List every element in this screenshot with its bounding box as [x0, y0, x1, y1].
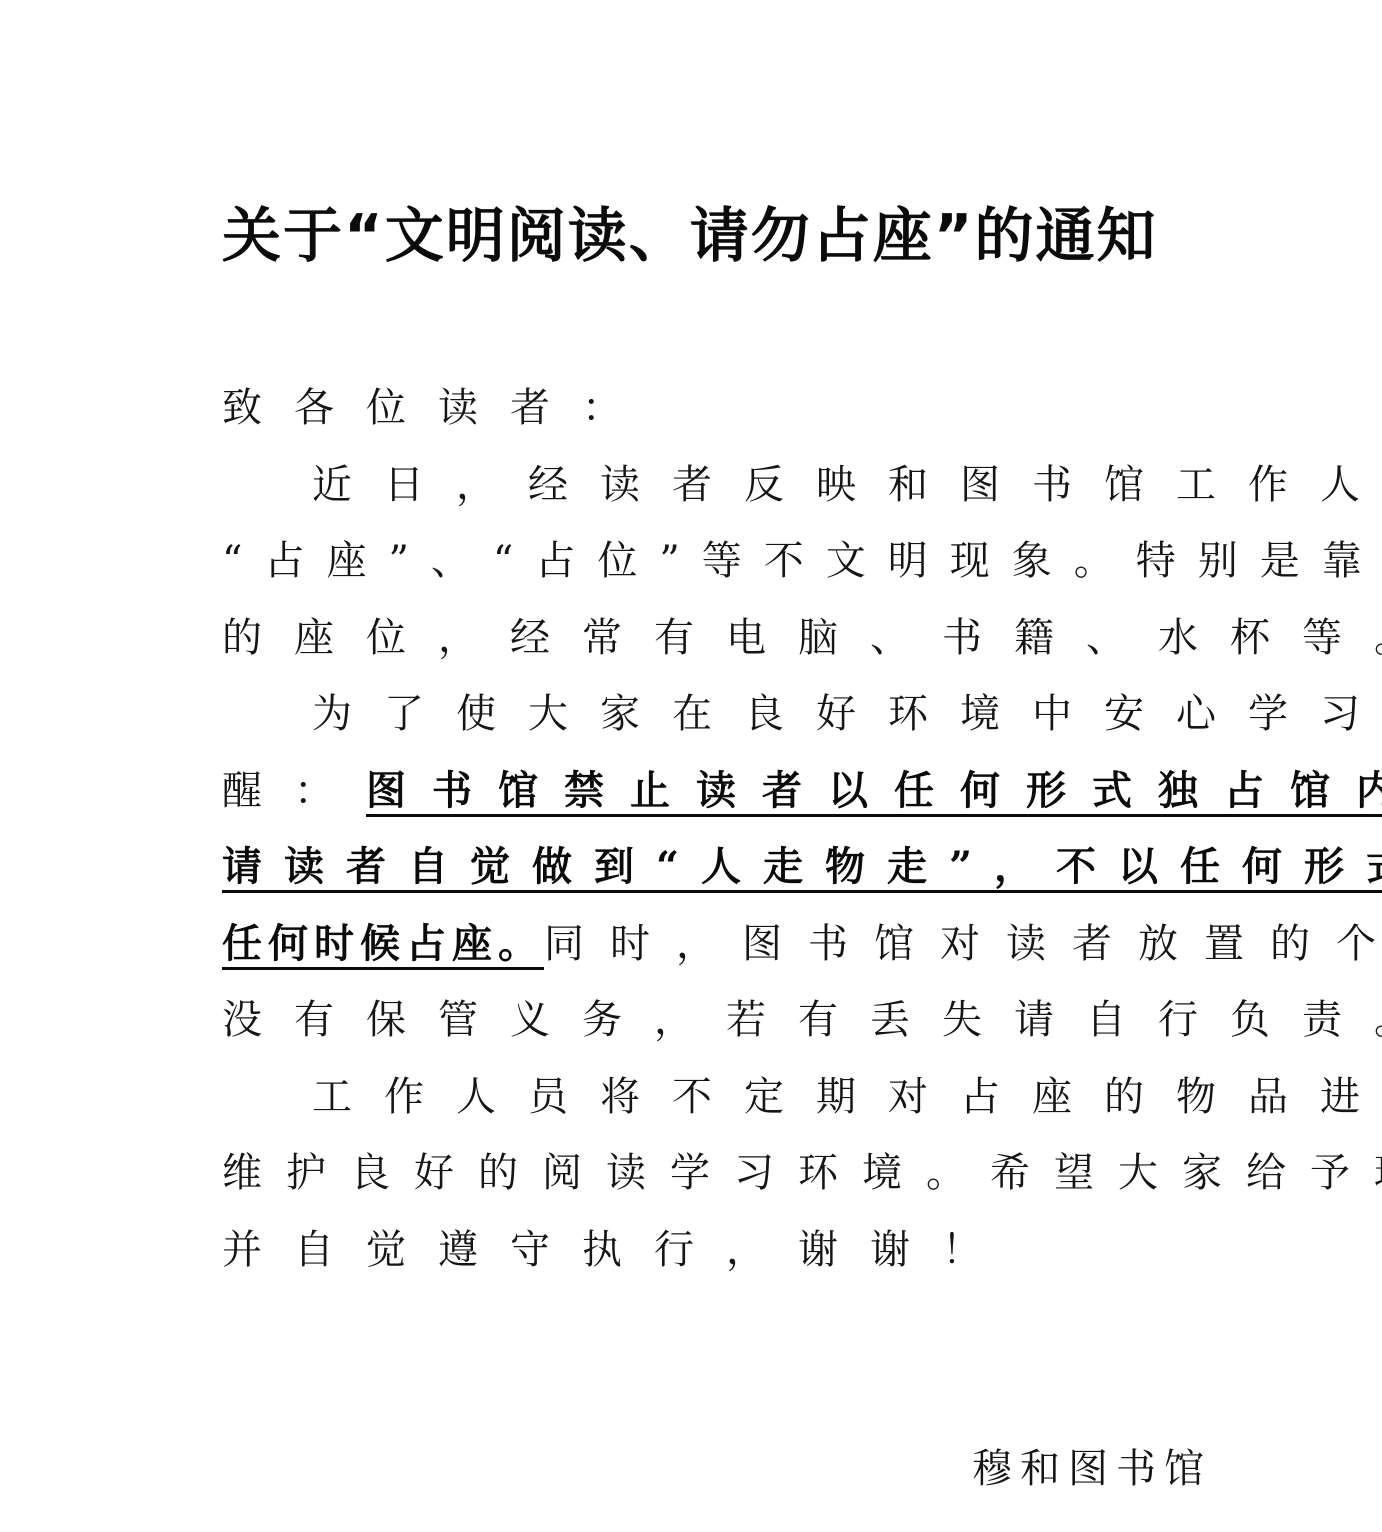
- paragraph-2-line-2-plain: 醒：: [222, 768, 366, 814]
- paragraph-2-line-2: 醒：图书馆禁止读者以任何形式独占馆内公共资源，: [222, 753, 1238, 830]
- paragraph-3-line-1: 工作人员将不定期对占座的物品进行清理，共同: [222, 1059, 1238, 1136]
- signature-library-name: 穆和图书馆: [972, 1444, 1212, 1494]
- notice-body: 致各位读者： 近日，经读者反映和图书馆工作人员巡查，发现 “占座”、“占位”等不…: [222, 370, 1238, 1288]
- paragraph-3-line-2: 维护良好的阅读学习环境。希望大家给予理解与支持，: [222, 1135, 1238, 1212]
- emphasis-underlined-text: 请读者自觉做到“人走物走”，不以任何形式、不在: [222, 843, 1382, 890]
- paragraph-1-line-2: “占座”、“占位”等不文明现象。特别是靠窗有插座: [222, 523, 1238, 600]
- paragraph-2-line-1: 为了使大家在良好环境中安心学习，我们在此提: [222, 676, 1238, 753]
- paragraph-2-line-4-plain: 同时，图书馆对读者放置的个人物品: [544, 921, 1382, 967]
- paragraph-2-line-5: 没有保管义务，若有丢失请自行负责。: [222, 982, 1238, 1059]
- paragraph-3-line-3: 并自觉遵守执行，谢谢！: [222, 1212, 1238, 1289]
- notice-page: 关于“文明阅读、请勿占座”的通知 致各位读者： 近日，经读者反映和图书馆工作人员…: [0, 0, 1382, 1532]
- emphasis-underlined-text: 图书馆禁止读者以任何形式独占馆内公共资源，: [366, 767, 1382, 814]
- notice-title: 关于“文明阅读、请勿占座”的通知: [222, 196, 1252, 276]
- paragraph-1-line-3: 的座位，经常有电脑、书籍、水杯等。: [222, 600, 1238, 677]
- paragraph-2-line-4: 任何时候占座。同时，图书馆对读者放置的个人物品: [222, 906, 1238, 983]
- paragraph-1-line-1: 近日，经读者反映和图书馆工作人员巡查，发现: [222, 447, 1238, 524]
- paragraph-2-line-3: 请读者自觉做到“人走物走”，不以任何形式、不在: [222, 829, 1238, 906]
- emphasis-underlined-text: 任何时候占座。: [222, 920, 544, 967]
- salutation: 致各位读者：: [222, 370, 1238, 447]
